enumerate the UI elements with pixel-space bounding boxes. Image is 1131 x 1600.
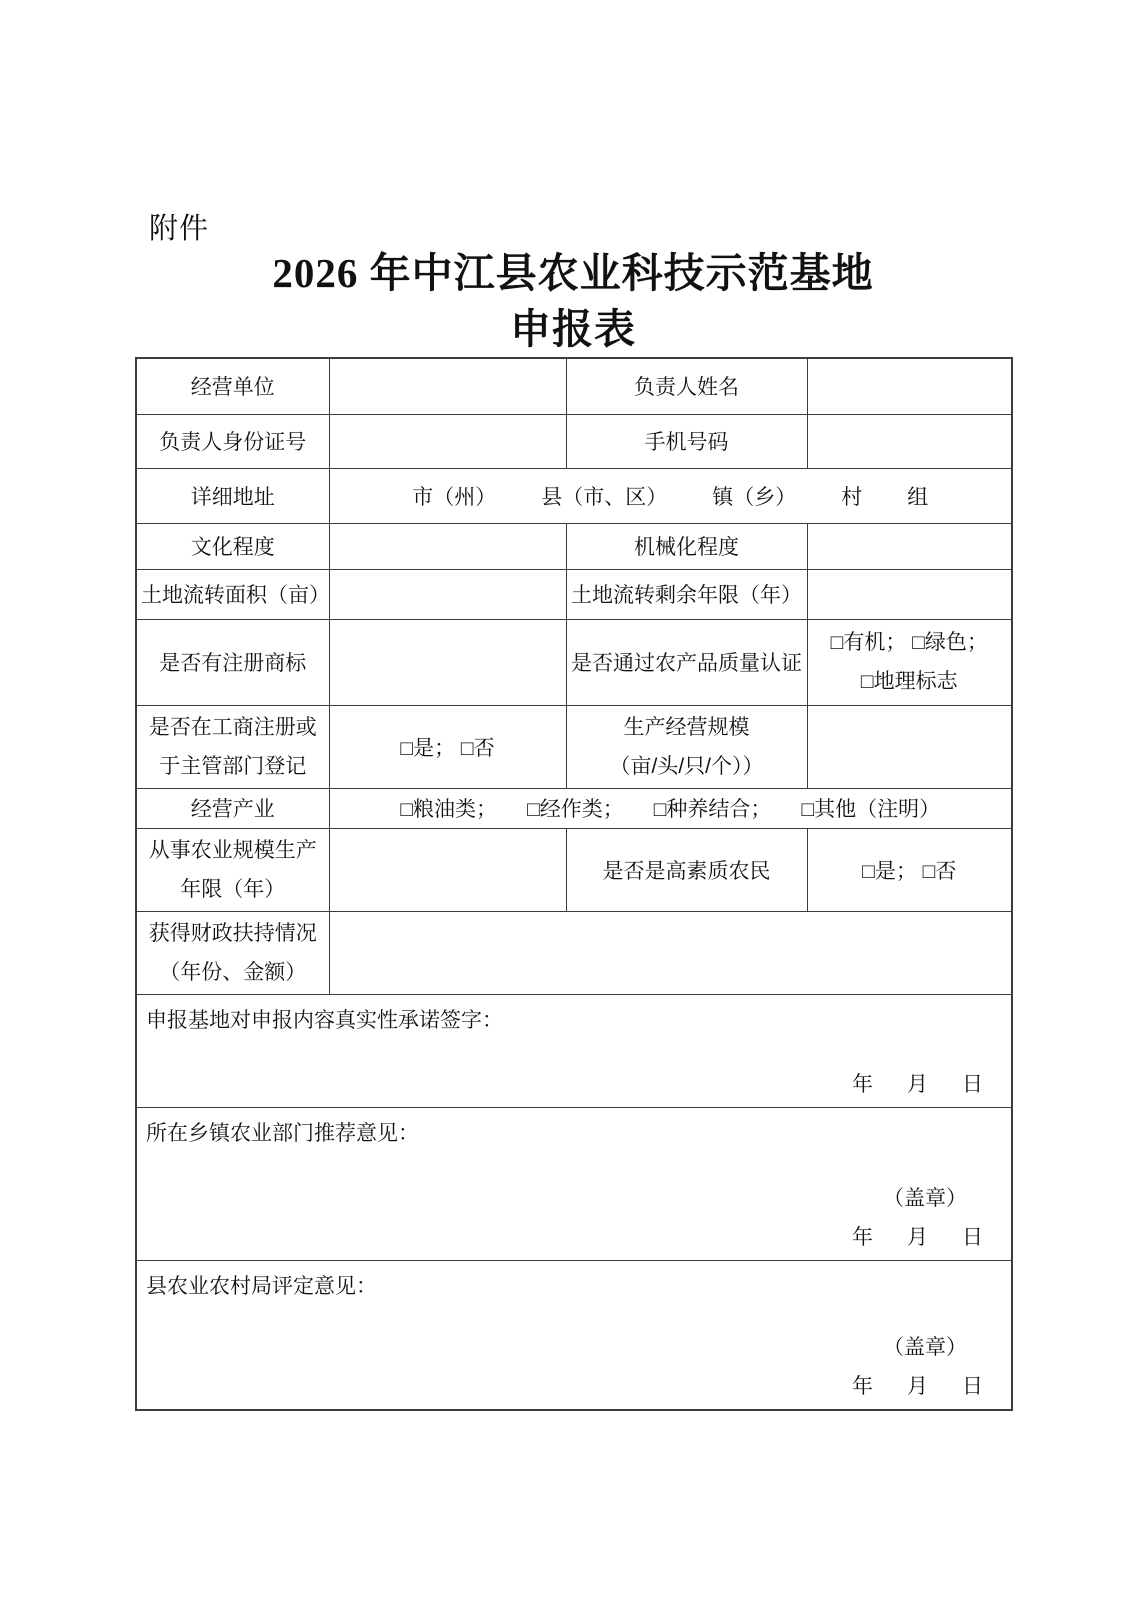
table-row: 申报基地对申报内容真实性承诺签字： 年月日 [136, 994, 1012, 1107]
township-opinion-label: 所在乡镇农业部门推荐意见： [146, 1117, 419, 1147]
date-day-label: 日 [962, 1375, 983, 1398]
table-row: 是否有注册商标 是否通过农产品质量认证 □有机； □绿色； □地理标志 [136, 619, 1012, 705]
mobile-phone-value-cell[interactable] [807, 414, 1012, 468]
application-form-table: 经营单位 负责人姓名 负责人身份证号 手机号码 详细地址 市（州） 县（市、区）… [135, 357, 1013, 1411]
date-month-label: 月 [907, 1226, 928, 1249]
address-part-village: 村 [841, 481, 862, 511]
date-year-label: 年 [852, 1226, 873, 1249]
seal-placeholder: （盖章） [883, 1182, 967, 1212]
production-scale-value-cell[interactable] [807, 705, 1012, 788]
industry-type-label: 经营产业 [136, 788, 329, 828]
industry-type-options-cell[interactable]: □粮油类； □经作类； □种养结合； □其他（注明） [329, 788, 1012, 828]
address-part-group: 组 [907, 481, 928, 511]
financial-support-label: 获得财政扶持情况 （年份、金额） [136, 911, 329, 994]
label-line: 生产经营规模 [571, 708, 803, 747]
principal-id-label: 负责人身份证号 [136, 414, 329, 468]
page-title-line2: 申报表 [135, 301, 1011, 357]
label-line: （年份、金额） [141, 953, 325, 992]
date-month-label: 月 [907, 1073, 928, 1096]
detailed-address-value-cell[interactable]: 市（州） 县（市、区） 镇（乡） 村 组 [329, 468, 1012, 523]
table-row: 经营单位 负责人姓名 [136, 358, 1012, 414]
farming-years-label: 从事农业规模生产 年限（年） [136, 828, 329, 911]
table-row: 负责人身份证号 手机号码 [136, 414, 1012, 468]
industry-option-other: □其他（注明） [801, 793, 940, 823]
land-transfer-area-label: 土地流转面积（亩） [136, 569, 329, 619]
attachment-label: 附件 [149, 206, 209, 247]
date-year-label: 年 [852, 1073, 873, 1096]
high-quality-farmer-label: 是否是高素质农民 [566, 828, 807, 911]
label-line: （亩/头/只/个）） [571, 747, 803, 786]
label-line: 从事农业规模生产 [141, 831, 325, 870]
date-day-label: 日 [962, 1226, 983, 1249]
mechanization-level-value-cell[interactable] [807, 523, 1012, 569]
address-part-county: 县（市、区） [541, 481, 667, 511]
seal-placeholder: （盖章） [883, 1331, 967, 1361]
address-part-city: 市（州） [412, 481, 496, 511]
business-unit-value-cell[interactable] [329, 358, 566, 414]
registered-trademark-label: 是否有注册商标 [136, 619, 329, 705]
table-row: 文化程度 机械化程度 [136, 523, 1012, 569]
document-page: 附件 2026 年中江县农业科技示范基地 申报表 经营单位 负责人姓名 负责人身… [0, 0, 1131, 1600]
table-row: 从事农业规模生产 年限（年） 是否是高素质农民 □是； □否 [136, 828, 1012, 911]
label-line: 年限（年） [141, 870, 325, 909]
mechanization-level-label: 机械化程度 [566, 523, 807, 569]
farming-years-value-cell[interactable] [329, 828, 566, 911]
date-year-label: 年 [852, 1375, 873, 1398]
page-title-line1: 2026 年中江县农业科技示范基地 [135, 245, 1011, 301]
county-opinion-label: 县农业农村局评定意见： [146, 1270, 377, 1300]
registered-trademark-value-cell[interactable] [329, 619, 566, 705]
industry-option-mixed: □种养结合； [654, 793, 772, 823]
table-row: 是否在工商注册或 于主管部门登记 □是； □否 生产经营规模 （亩/头/只/个）… [136, 705, 1012, 788]
date-month-label: 月 [907, 1375, 928, 1398]
industry-option-cash-crop: □经作类； [527, 793, 624, 823]
table-row: 详细地址 市（州） 县（市、区） 镇（乡） 村 组 [136, 468, 1012, 523]
education-level-label: 文化程度 [136, 523, 329, 569]
education-level-value-cell[interactable] [329, 523, 566, 569]
quality-certification-label: 是否通过农产品质量认证 [566, 619, 807, 705]
label-line: 获得财政扶持情况 [141, 914, 325, 953]
label-line: 于主管部门登记 [141, 747, 325, 786]
high-quality-farmer-options-cell[interactable]: □是； □否 [807, 828, 1012, 911]
date-line: 年月日 [852, 1068, 983, 1098]
principal-name-value-cell[interactable] [807, 358, 1012, 414]
certification-options-line1: □有机； □绿色； [812, 623, 1008, 662]
date-line: 年月日 [852, 1221, 983, 1251]
county-opinion-cell[interactable]: 县农业农村局评定意见： （盖章） 年月日 [136, 1260, 1012, 1410]
address-part-town: 镇（乡） [712, 481, 796, 511]
date-line: 年月日 [852, 1370, 983, 1400]
business-unit-label: 经营单位 [136, 358, 329, 414]
industry-option-grain: □粮油类； [400, 793, 497, 823]
quality-certification-options-cell[interactable]: □有机； □绿色； □地理标志 [807, 619, 1012, 705]
land-transfer-years-value-cell[interactable] [807, 569, 1012, 619]
table-row: 县农业农村局评定意见： （盖章） 年月日 [136, 1260, 1012, 1410]
mobile-phone-label: 手机号码 [566, 414, 807, 468]
production-scale-label: 生产经营规模 （亩/头/只/个）） [566, 705, 807, 788]
table-row: 土地流转面积（亩） 土地流转剩余年限（年） [136, 569, 1012, 619]
land-transfer-years-label: 土地流转剩余年限（年） [566, 569, 807, 619]
land-transfer-area-value-cell[interactable] [329, 569, 566, 619]
page-title: 2026 年中江县农业科技示范基地 申报表 [135, 245, 1011, 357]
business-registration-options-cell[interactable]: □是； □否 [329, 705, 566, 788]
applicant-commitment-cell[interactable]: 申报基地对申报内容真实性承诺签字： 年月日 [136, 994, 1012, 1107]
date-day-label: 日 [962, 1073, 983, 1096]
township-opinion-cell[interactable]: 所在乡镇农业部门推荐意见： （盖章） 年月日 [136, 1107, 1012, 1260]
label-line: 是否在工商注册或 [141, 708, 325, 747]
certification-options-line2: □地理标志 [812, 662, 1008, 701]
applicant-commitment-label: 申报基地对申报内容真实性承诺签字： [146, 1004, 503, 1034]
principal-name-label: 负责人姓名 [566, 358, 807, 414]
detailed-address-label: 详细地址 [136, 468, 329, 523]
table-row: 所在乡镇农业部门推荐意见： （盖章） 年月日 [136, 1107, 1012, 1260]
table-row: 获得财政扶持情况 （年份、金额） [136, 911, 1012, 994]
principal-id-value-cell[interactable] [329, 414, 566, 468]
financial-support-value-cell[interactable] [329, 911, 1012, 994]
business-registration-label: 是否在工商注册或 于主管部门登记 [136, 705, 329, 788]
table-row: 经营产业 □粮油类； □经作类； □种养结合； □其他（注明） [136, 788, 1012, 828]
